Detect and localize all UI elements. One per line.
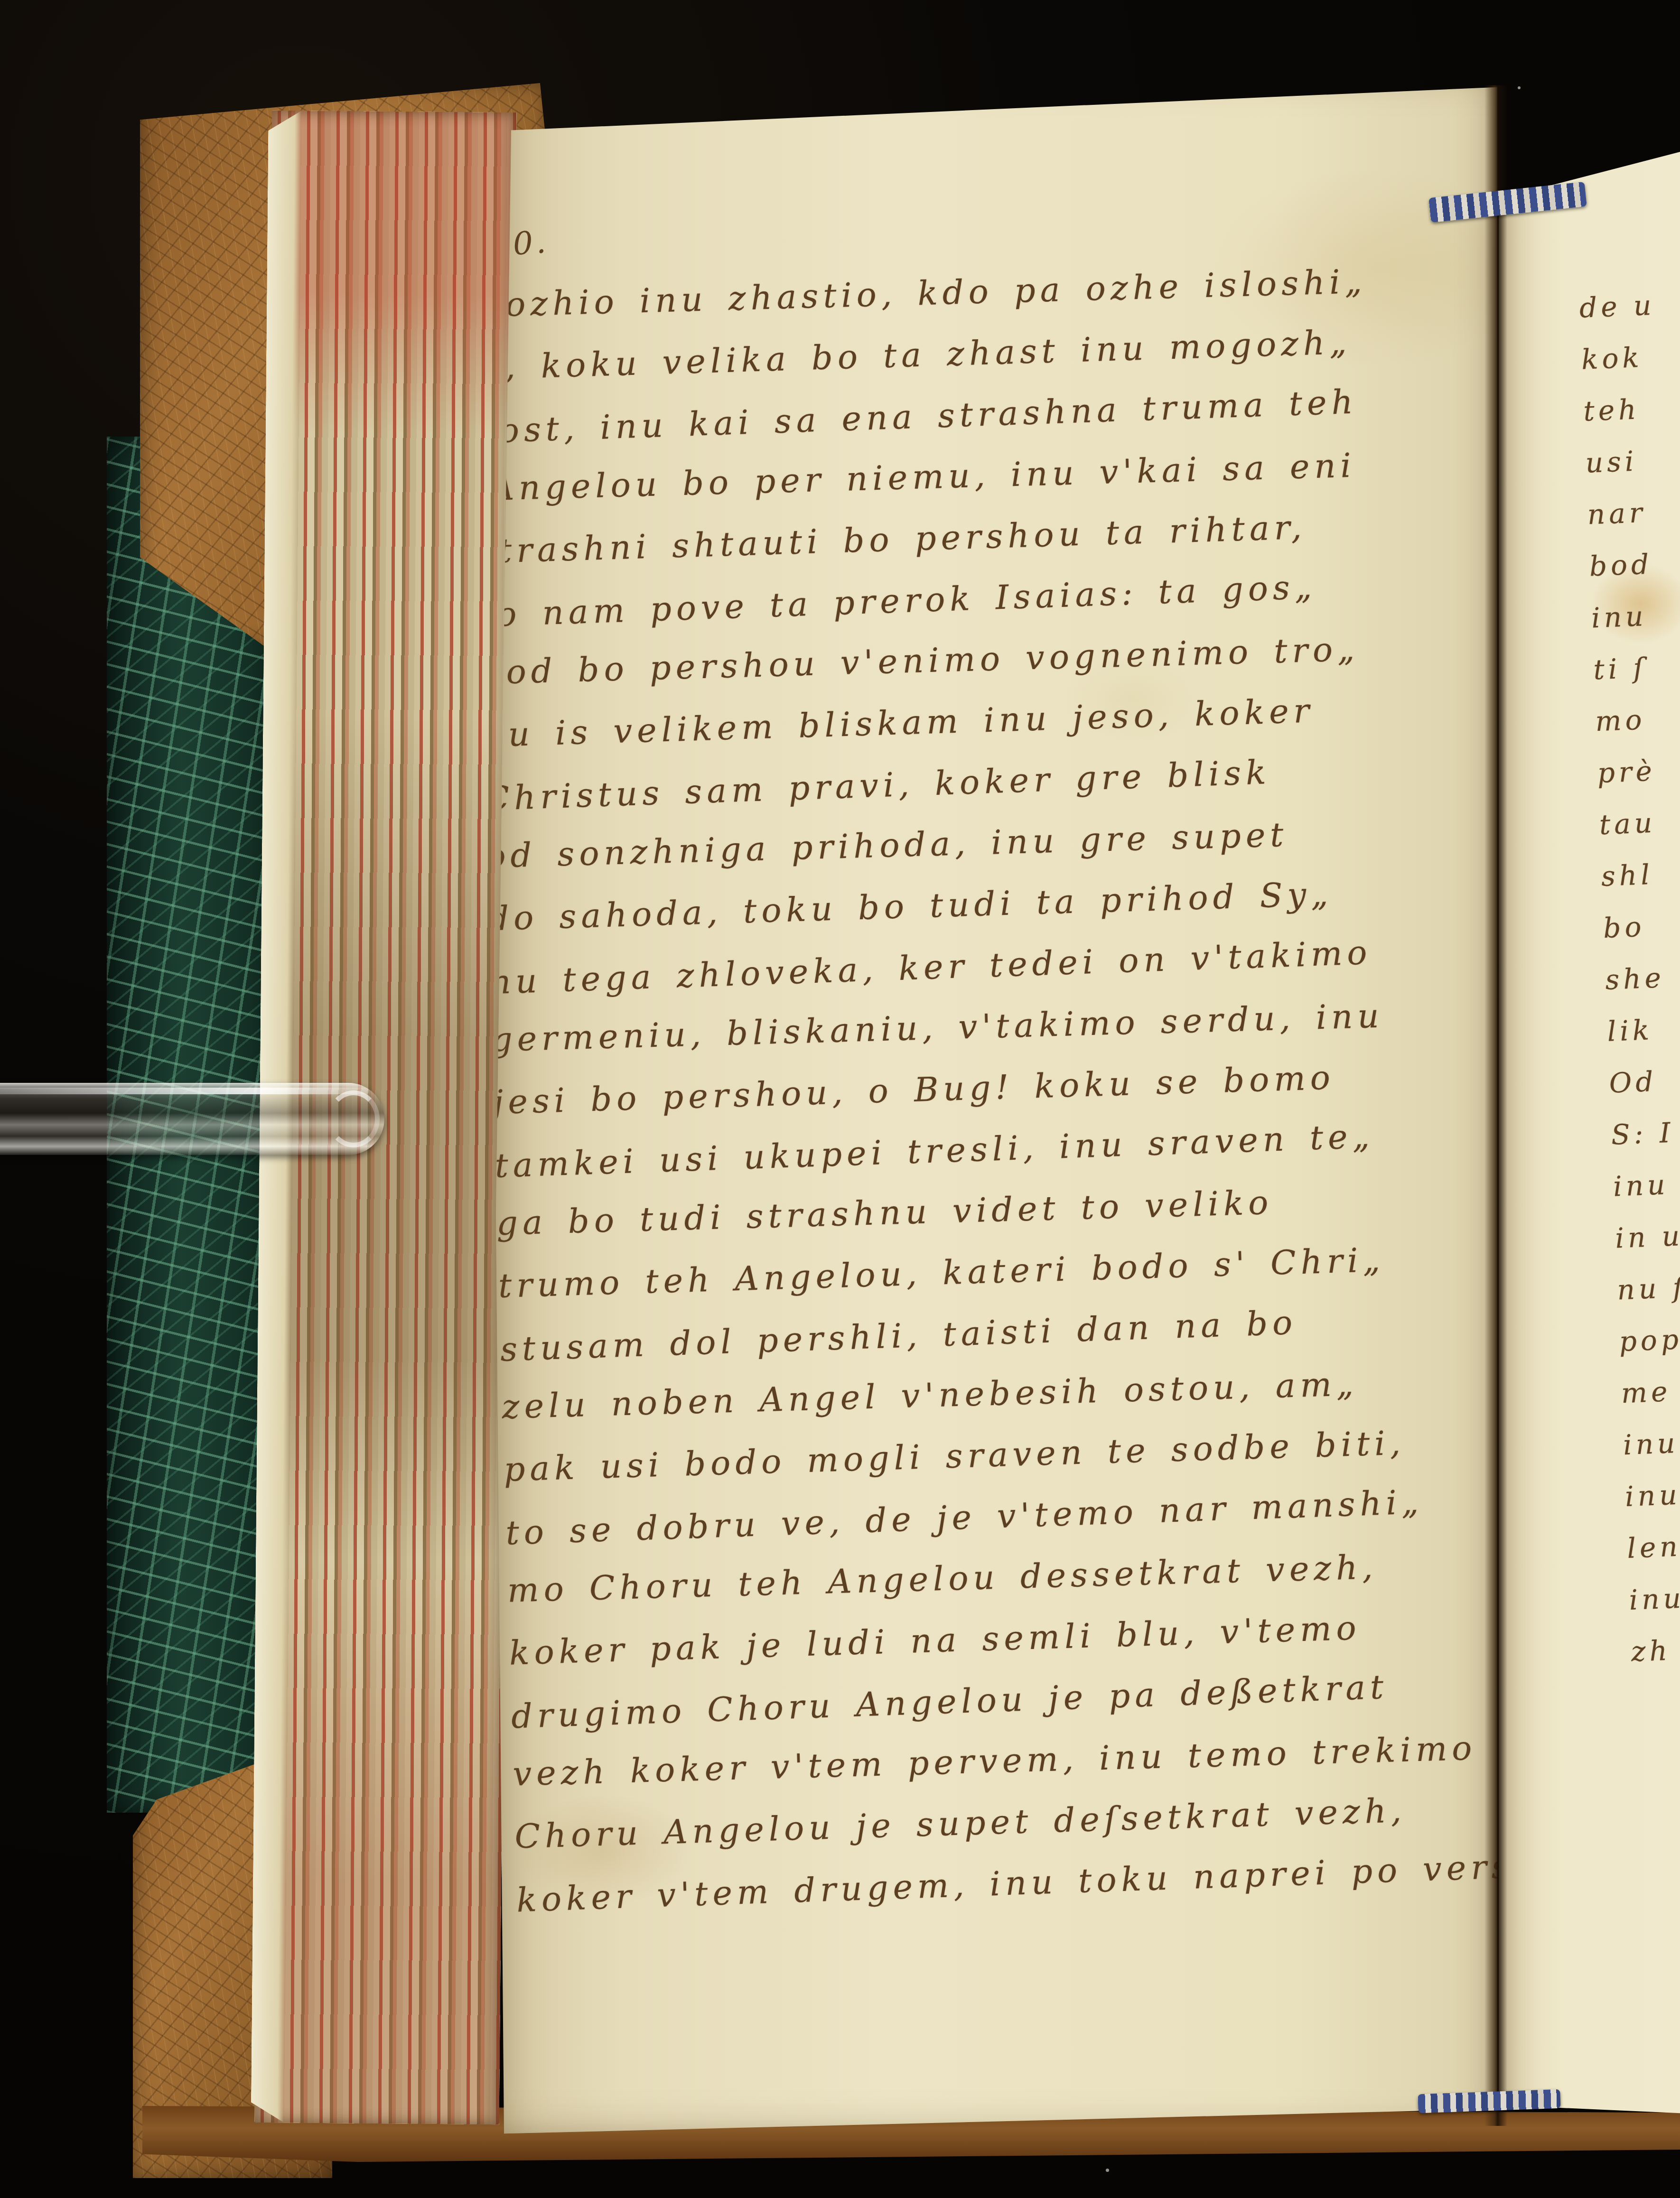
handwritten-fragments-block: de ukoktehusinarbodinuti ſmoprètaushlbos… — [1578, 271, 1680, 1678]
manuscript-left-page: 90. mozhio inu zhastio, kdo pa ozhe islo… — [482, 83, 1497, 2138]
handwritten-text-block: mozhio inu zhastio, kdo pa ozhe isloshi„… — [468, 245, 1589, 1929]
glass-rod-page-weight — [0, 1083, 384, 1155]
manuscript-line-fragment: de u — [1578, 271, 1680, 334]
dust-speck — [1518, 86, 1521, 89]
manuscript-right-page-sliver: de ukoktehusinarbodinuti ſmoprètaushlbos… — [1499, 93, 1680, 2138]
book-gutter — [1484, 85, 1507, 2126]
dust-speck — [1106, 2169, 1109, 2172]
photo-background: 90. mozhio inu zhastio, kdo pa ozhe islo… — [0, 0, 1680, 2198]
